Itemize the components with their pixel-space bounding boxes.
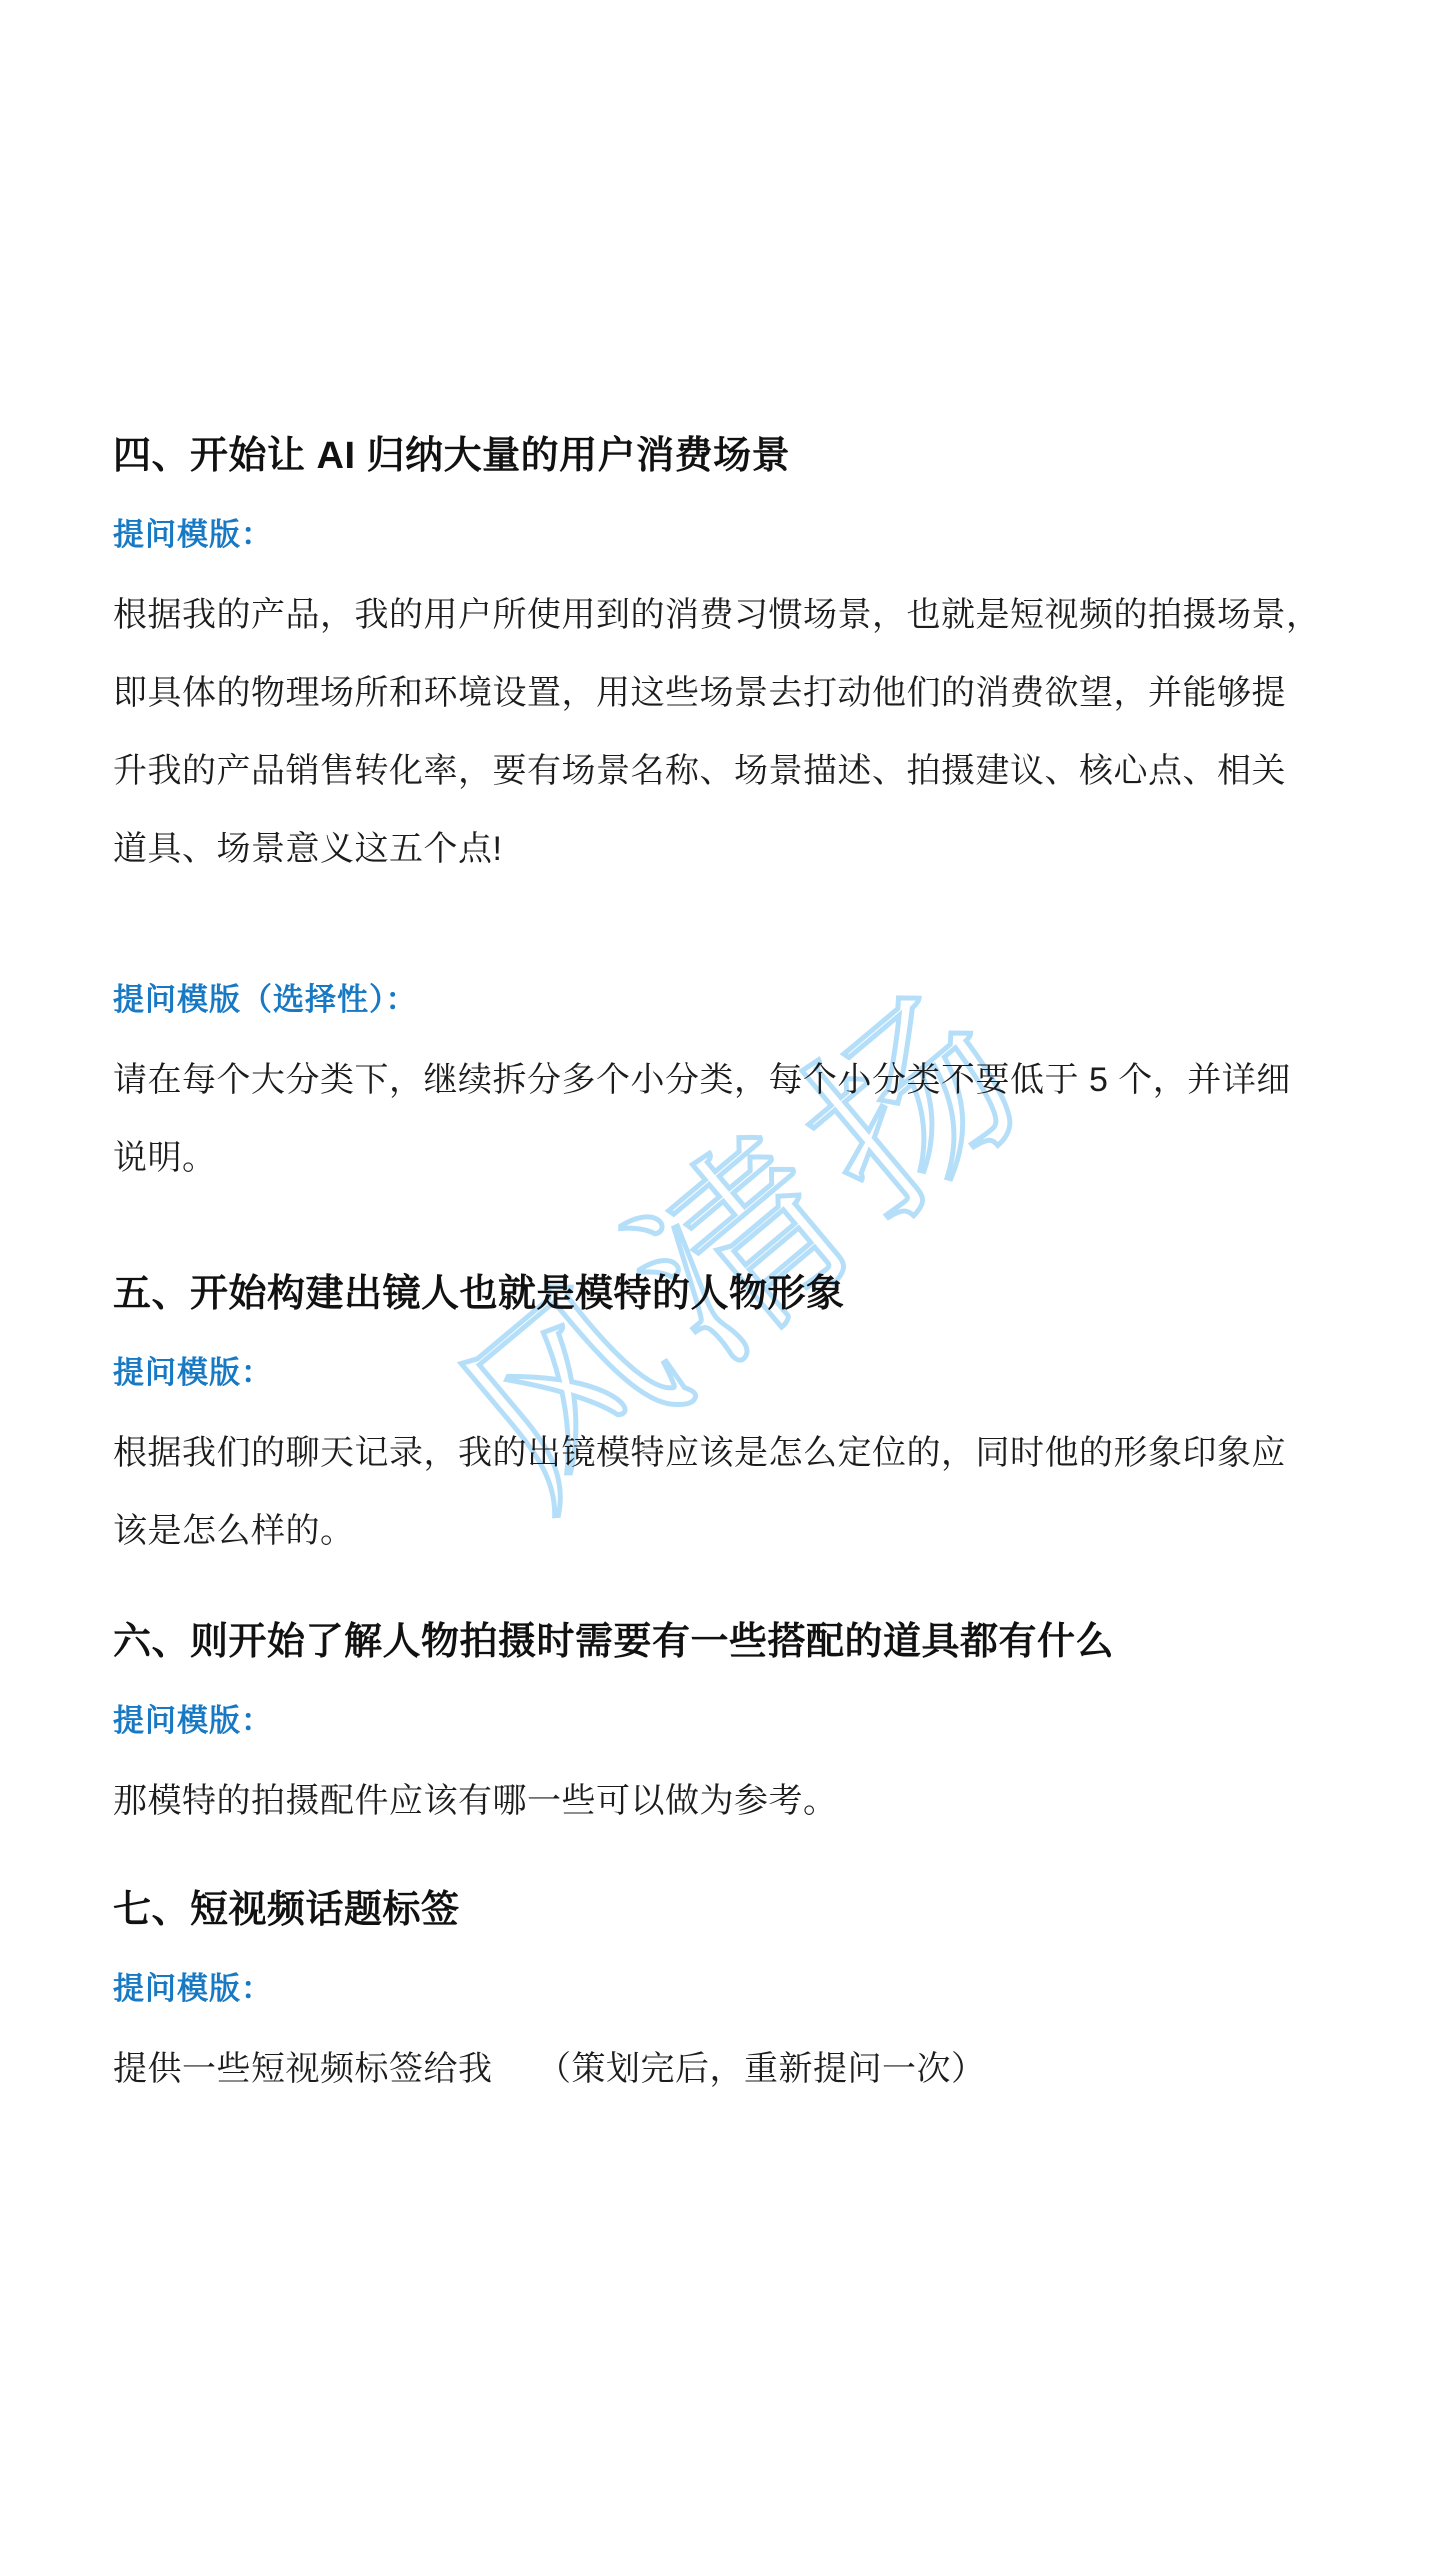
- document-body: 四、开始让 AI 归纳大量的用户消费场景 提问模版： 根据我的产品，我的用户所使…: [113, 0, 1328, 2108]
- section-6: 六、则开始了解人物拍摄时需要有一些搭配的道具都有什么 提问模版： 那模特的拍摄配…: [113, 1618, 1328, 1840]
- paragraph-line: 升我的产品销售转化率，要有场景名称、场景描述、拍摄建议、核心点、相关: [113, 732, 1328, 810]
- section-5: 五、开始构建出镜人也就是模特的人物形象 提问模版： 根据我们的聊天记录，我的出镜…: [113, 1270, 1328, 1570]
- paragraph-line: 提供一些短视频标签给我 （策划完后，重新提问一次）: [113, 2030, 1328, 2108]
- paragraph-line: 根据我们的聊天记录，我的出镜模特应该是怎么定位的，同时他的形象印象应: [113, 1414, 1328, 1492]
- paragraph-line: 根据我的产品，我的用户所使用到的消费习惯场景，也就是短视频的拍摄场景，: [113, 576, 1328, 654]
- paragraph: 根据我们的聊天记录，我的出镜模特应该是怎么定位的，同时他的形象印象应 该是怎么样…: [113, 1414, 1328, 1570]
- section-6-heading: 六、则开始了解人物拍摄时需要有一些搭配的道具都有什么: [113, 1618, 1328, 1667]
- paragraph: 请在每个大分类下，继续拆分多个小分类，每个小分类不要低于 5 个，并详细 说明。: [113, 1041, 1328, 1197]
- prompt-template-label: 提问模版：: [113, 1701, 1328, 1740]
- prompt-template-optional-label: 提问模版（选择性）：: [113, 980, 1328, 1019]
- paragraph: 根据我的产品，我的用户所使用到的消费习惯场景，也就是短视频的拍摄场景， 即具体的…: [113, 576, 1328, 888]
- section-5-heading: 五、开始构建出镜人也就是模特的人物形象: [113, 1270, 1328, 1319]
- section-4-heading: 四、开始让 AI 归纳大量的用户消费场景: [113, 432, 1328, 481]
- prompt-template-label: 提问模版：: [113, 515, 1328, 554]
- paragraph: 提供一些短视频标签给我 （策划完后，重新提问一次）: [113, 2030, 1328, 2108]
- paragraph: 那模特的拍摄配件应该有哪一些可以做为参考。: [113, 1762, 1328, 1840]
- paragraph-line: 请在每个大分类下，继续拆分多个小分类，每个小分类不要低于 5 个，并详细: [113, 1041, 1328, 1119]
- prompt-template-label: 提问模版：: [113, 1969, 1328, 2008]
- section-7-heading: 七、短视频话题标签: [113, 1886, 1328, 1935]
- paragraph-line: 说明。: [113, 1119, 1328, 1197]
- paragraph-line: 道具、场景意义这五个点!: [113, 810, 1328, 888]
- paragraph-line: 即具体的物理场所和环境设置，用这些场景去打动他们的消费欲望，并能够提: [113, 654, 1328, 732]
- paragraph-line: 该是怎么样的。: [113, 1492, 1328, 1570]
- paragraph-line: 那模特的拍摄配件应该有哪一些可以做为参考。: [113, 1762, 1328, 1840]
- section-4: 四、开始让 AI 归纳大量的用户消费场景 提问模版： 根据我的产品，我的用户所使…: [113, 432, 1328, 1197]
- section-7: 七、短视频话题标签 提问模版： 提供一些短视频标签给我 （策划完后，重新提问一次…: [113, 1886, 1328, 2108]
- prompt-template-label: 提问模版：: [113, 1353, 1328, 1392]
